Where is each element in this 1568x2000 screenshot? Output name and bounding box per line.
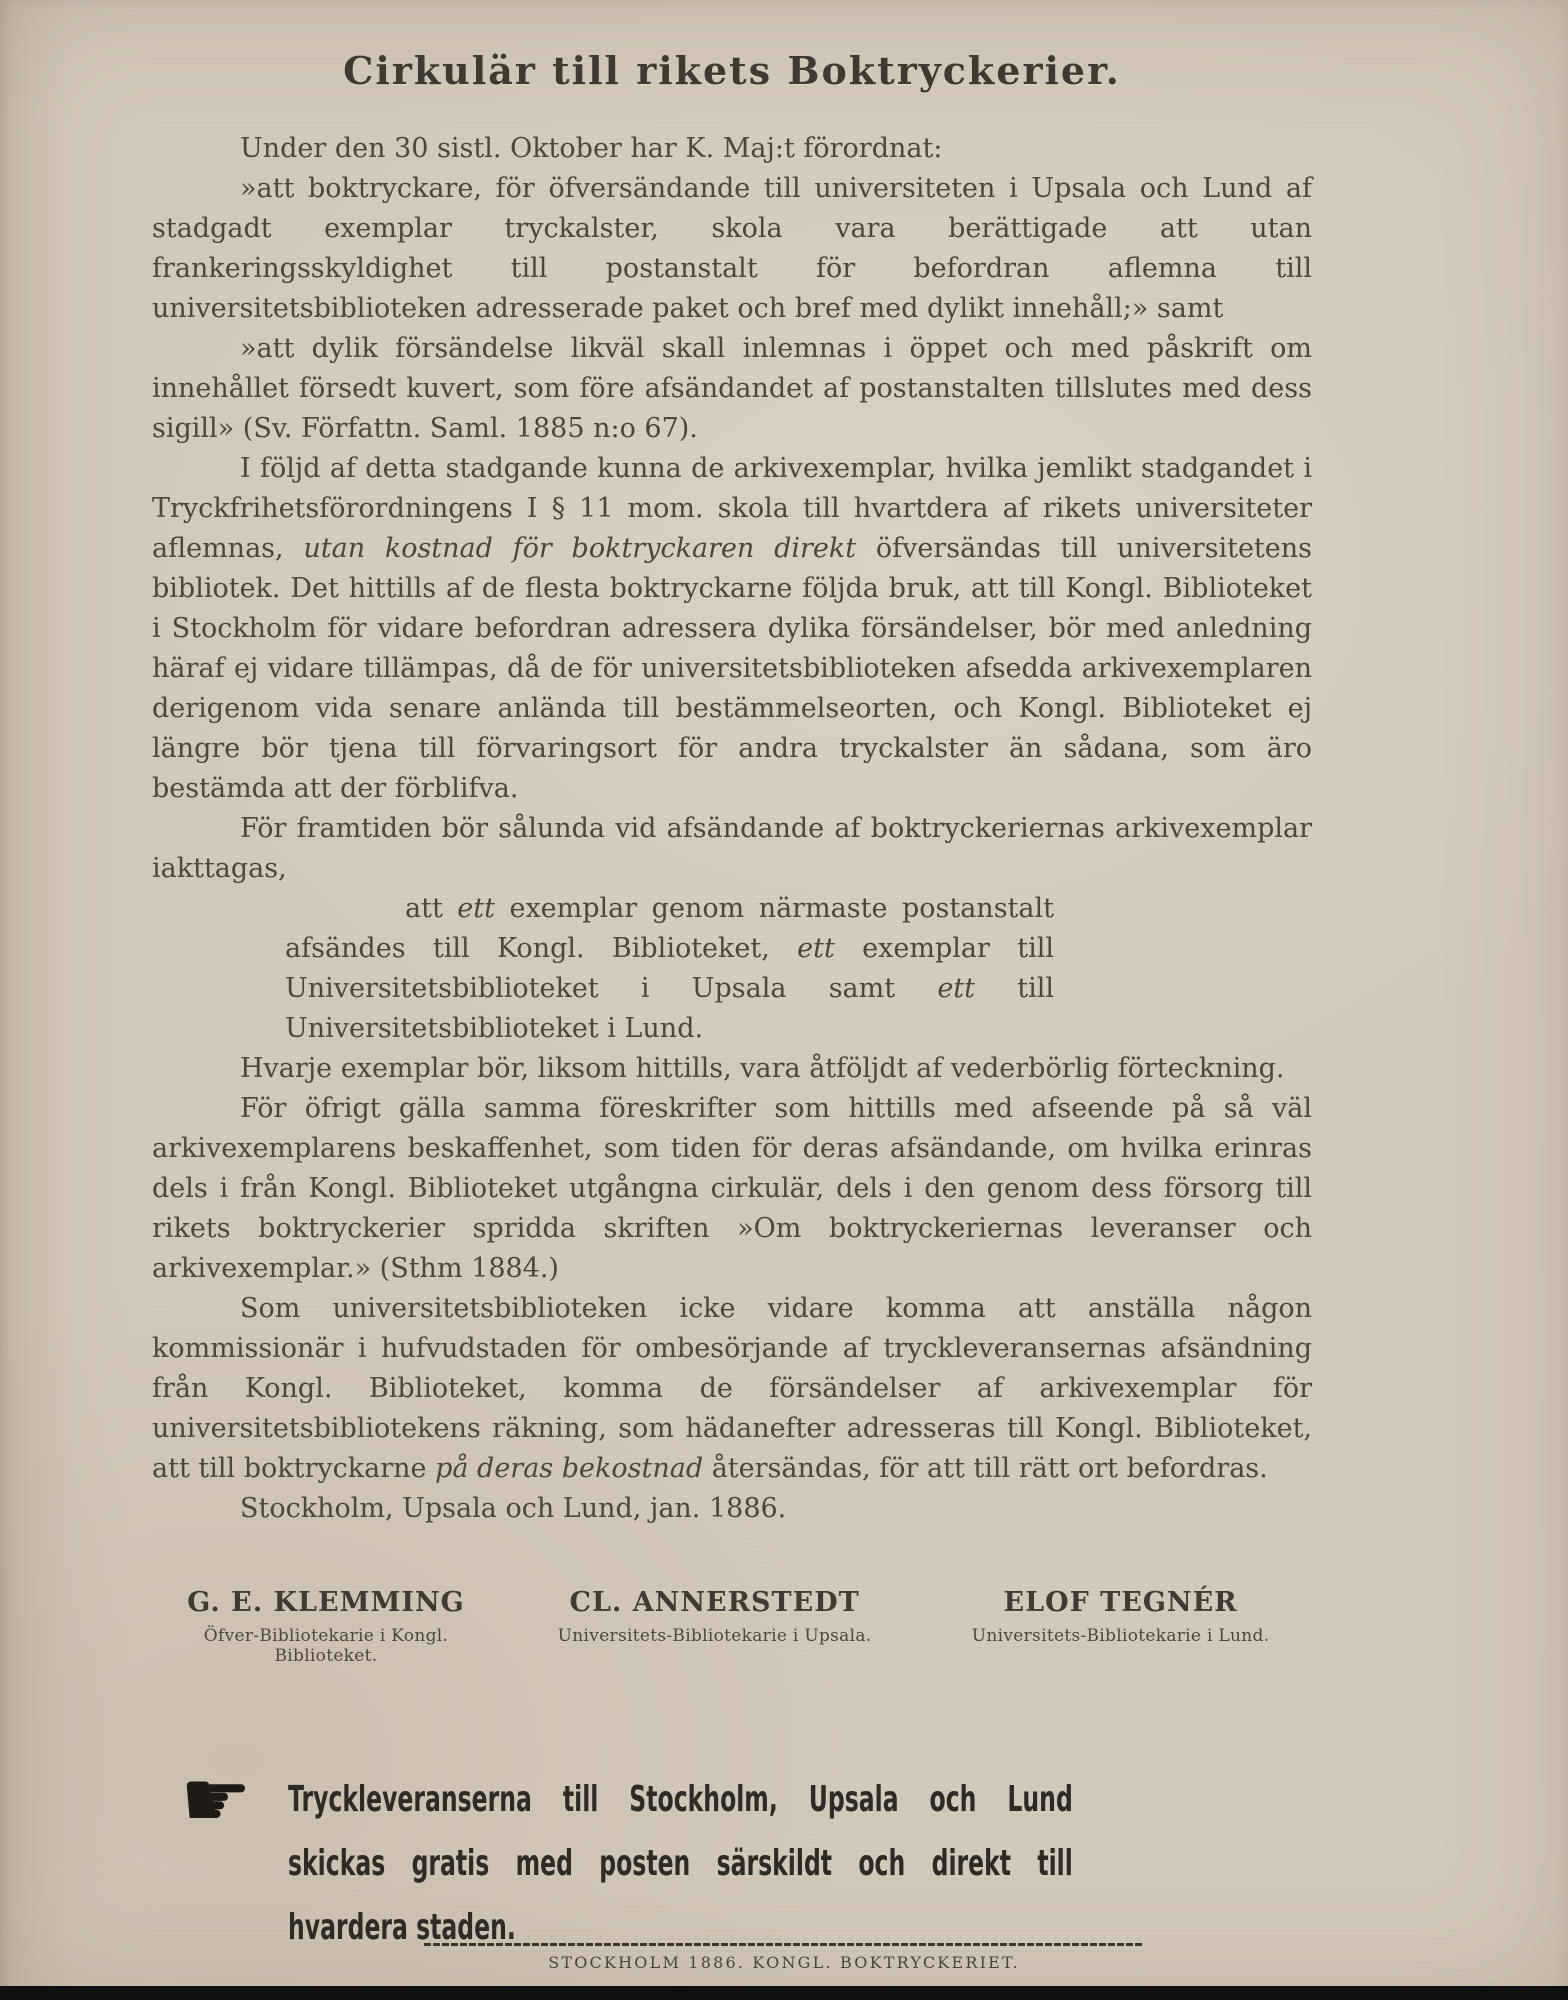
manicule-right-icon: ☛: [180, 1768, 288, 1832]
text-run: »att boktryckare, för öfversändande till…: [152, 173, 1312, 324]
notice-text: Tryckleveranserna till Stockholm, Upsala…: [288, 1768, 1073, 1960]
signature-title: Universitets-Bibliotekarie i Lund.: [929, 1626, 1312, 1646]
paragraph: För framtiden bör sålunda vid afsändande…: [152, 809, 1312, 889]
notice-line: skickas gratis med posten särskildt och …: [288, 1832, 1073, 1896]
delivery-notice: ☛ Tryckleveranserna till Stockholm, Upsa…: [180, 1768, 1312, 1960]
text-run: öfversändas till universitetens bibliote…: [152, 533, 1312, 804]
document-body: Under den 30 sistl. Oktober har K. Maj:t…: [152, 129, 1312, 1529]
paragraph: Stockholm, Upsala och Lund, jan. 1886.: [152, 1489, 1312, 1529]
signature-klemming: G. E. KLEMMING Öfver-Bibliotekarie i Kon…: [152, 1587, 500, 1666]
imprint-text: STOCKHOLM 1886. KONGL. BOKTRYCKERIET.: [422, 1953, 1146, 1972]
signatures-row: G. E. KLEMMING Öfver-Bibliotekarie i Kon…: [152, 1587, 1312, 1666]
paragraph: att ett exemplar genom närmaste postanst…: [285, 889, 1054, 1049]
paragraph: I följd af detta stadgande kunna de arki…: [152, 449, 1312, 809]
imprint-footer: STOCKHOLM 1886. KONGL. BOKTRYCKERIET.: [422, 1943, 1146, 1972]
text-run: återsändas, för att till rätt ort beford…: [703, 1453, 1268, 1484]
text-run: »att dylik försändelse likväl skall inle…: [152, 333, 1312, 444]
paragraph: Under den 30 sistl. Oktober har K. Maj:t…: [152, 129, 1312, 169]
italic-text: ett: [797, 933, 835, 964]
italic-text: ett: [457, 893, 495, 924]
paragraph: »att boktryckare, för öfversändande till…: [152, 169, 1312, 329]
notice-line: Tryckleveranserna till Stockholm, Upsala…: [288, 1768, 1073, 1832]
signature-title: Öfver-Bibliotekarie i Kongl. Biblioteket…: [152, 1626, 500, 1666]
imprint-rule: [424, 1943, 1144, 1946]
paragraph: »att dylik försändelse likväl skall inle…: [152, 329, 1312, 449]
text-run: Stockholm, Upsala och Lund, jan. 1886.: [240, 1493, 786, 1524]
paragraph: För öfrigt gälla samma föreskrifter som …: [152, 1089, 1312, 1289]
text-run: För framtiden bör sålunda vid afsändande…: [152, 813, 1312, 884]
document-title: Cirkulär till rikets Boktryckerier.: [152, 48, 1312, 93]
signature-name: CL. ANNERSTEDT: [500, 1587, 929, 1618]
document-content: Cirkulär till rikets Boktryckerier. Unde…: [152, 40, 1312, 1960]
text-run: För öfrigt gälla samma föreskrifter som …: [152, 1093, 1312, 1284]
italic-text: på deras bekostnad: [435, 1453, 703, 1484]
scan-bottom-edge: [0, 1986, 1568, 2000]
text-run: att: [405, 893, 457, 924]
paragraph: Hvarje exemplar bör, liksom hittills, va…: [152, 1049, 1312, 1089]
text-run: Hvarje exemplar bör, liksom hittills, va…: [240, 1053, 1285, 1084]
document-page: Cirkulär till rikets Boktryckerier. Unde…: [0, 0, 1568, 2000]
paragraph: Som universitetsbiblioteken icke vidare …: [152, 1289, 1312, 1489]
signature-tegner: ELOF TEGNÉR Universitets-Bibliotekarie i…: [929, 1587, 1312, 1666]
signature-annerstedt: CL. ANNERSTEDT Universitets-Bibliotekari…: [500, 1587, 929, 1666]
signature-name: G. E. KLEMMING: [152, 1587, 500, 1618]
italic-text: ett: [937, 973, 975, 1004]
text-run: Under den 30 sistl. Oktober har K. Maj:t…: [240, 133, 942, 164]
italic-text: utan kostnad för boktryckaren direkt: [303, 533, 856, 564]
signature-name: ELOF TEGNÉR: [929, 1587, 1312, 1618]
signature-title: Universitets-Bibliotekarie i Upsala.: [500, 1626, 929, 1646]
